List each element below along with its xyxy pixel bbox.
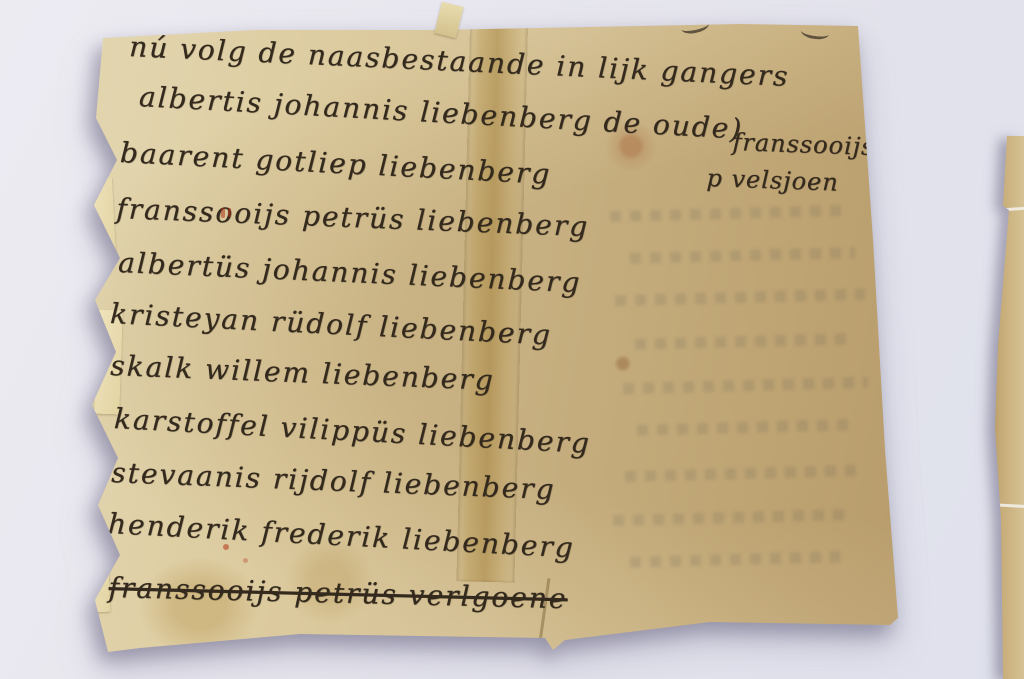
handwritten-line: skalk willem liebenberg [110, 349, 495, 397]
paper-tear-line [990, 207, 1024, 212]
ghost-writing [623, 377, 868, 394]
ink-stain [243, 558, 248, 563]
ink-stain [221, 208, 225, 218]
tape-scrap-left [88, 550, 110, 613]
margin-note-line: franssooijs [732, 128, 875, 161]
tape-scrap-left [89, 177, 116, 260]
photo-of-manuscript: nú volg de naasbestaande in lijk gangers… [0, 0, 1024, 679]
ghost-writing [613, 509, 853, 526]
second-paper-fragment [990, 136, 1024, 679]
paper-sheet: nú volg de naasbestaande in lijk gangers… [85, 18, 900, 658]
ghost-writing [625, 465, 860, 482]
manuscript-paper: nú volg de naasbestaande in lijk gangers… [85, 18, 900, 658]
ghost-writing [635, 333, 855, 350]
ghost-writing [630, 247, 855, 264]
ghost-writing [637, 419, 852, 436]
paper-tear-line [990, 503, 1024, 508]
handwritten-line: karstoffel vilippüs liebenberg [113, 402, 591, 460]
pen-mark [800, 24, 830, 41]
handwritten-line: albertis johannis liebenberg de oude) [138, 80, 744, 146]
ghost-writing [615, 289, 865, 307]
handwritten-line: nú volg de naasbestaande in lijk gangers [129, 30, 791, 93]
pen-mark [680, 17, 710, 36]
margin-note-line: p velsjoen [706, 164, 839, 197]
ghost-writing [630, 551, 840, 567]
ink-stain [223, 544, 229, 550]
ghost-writing [610, 205, 850, 222]
second-paper-edge [990, 136, 1024, 679]
ink-stain [228, 208, 231, 217]
